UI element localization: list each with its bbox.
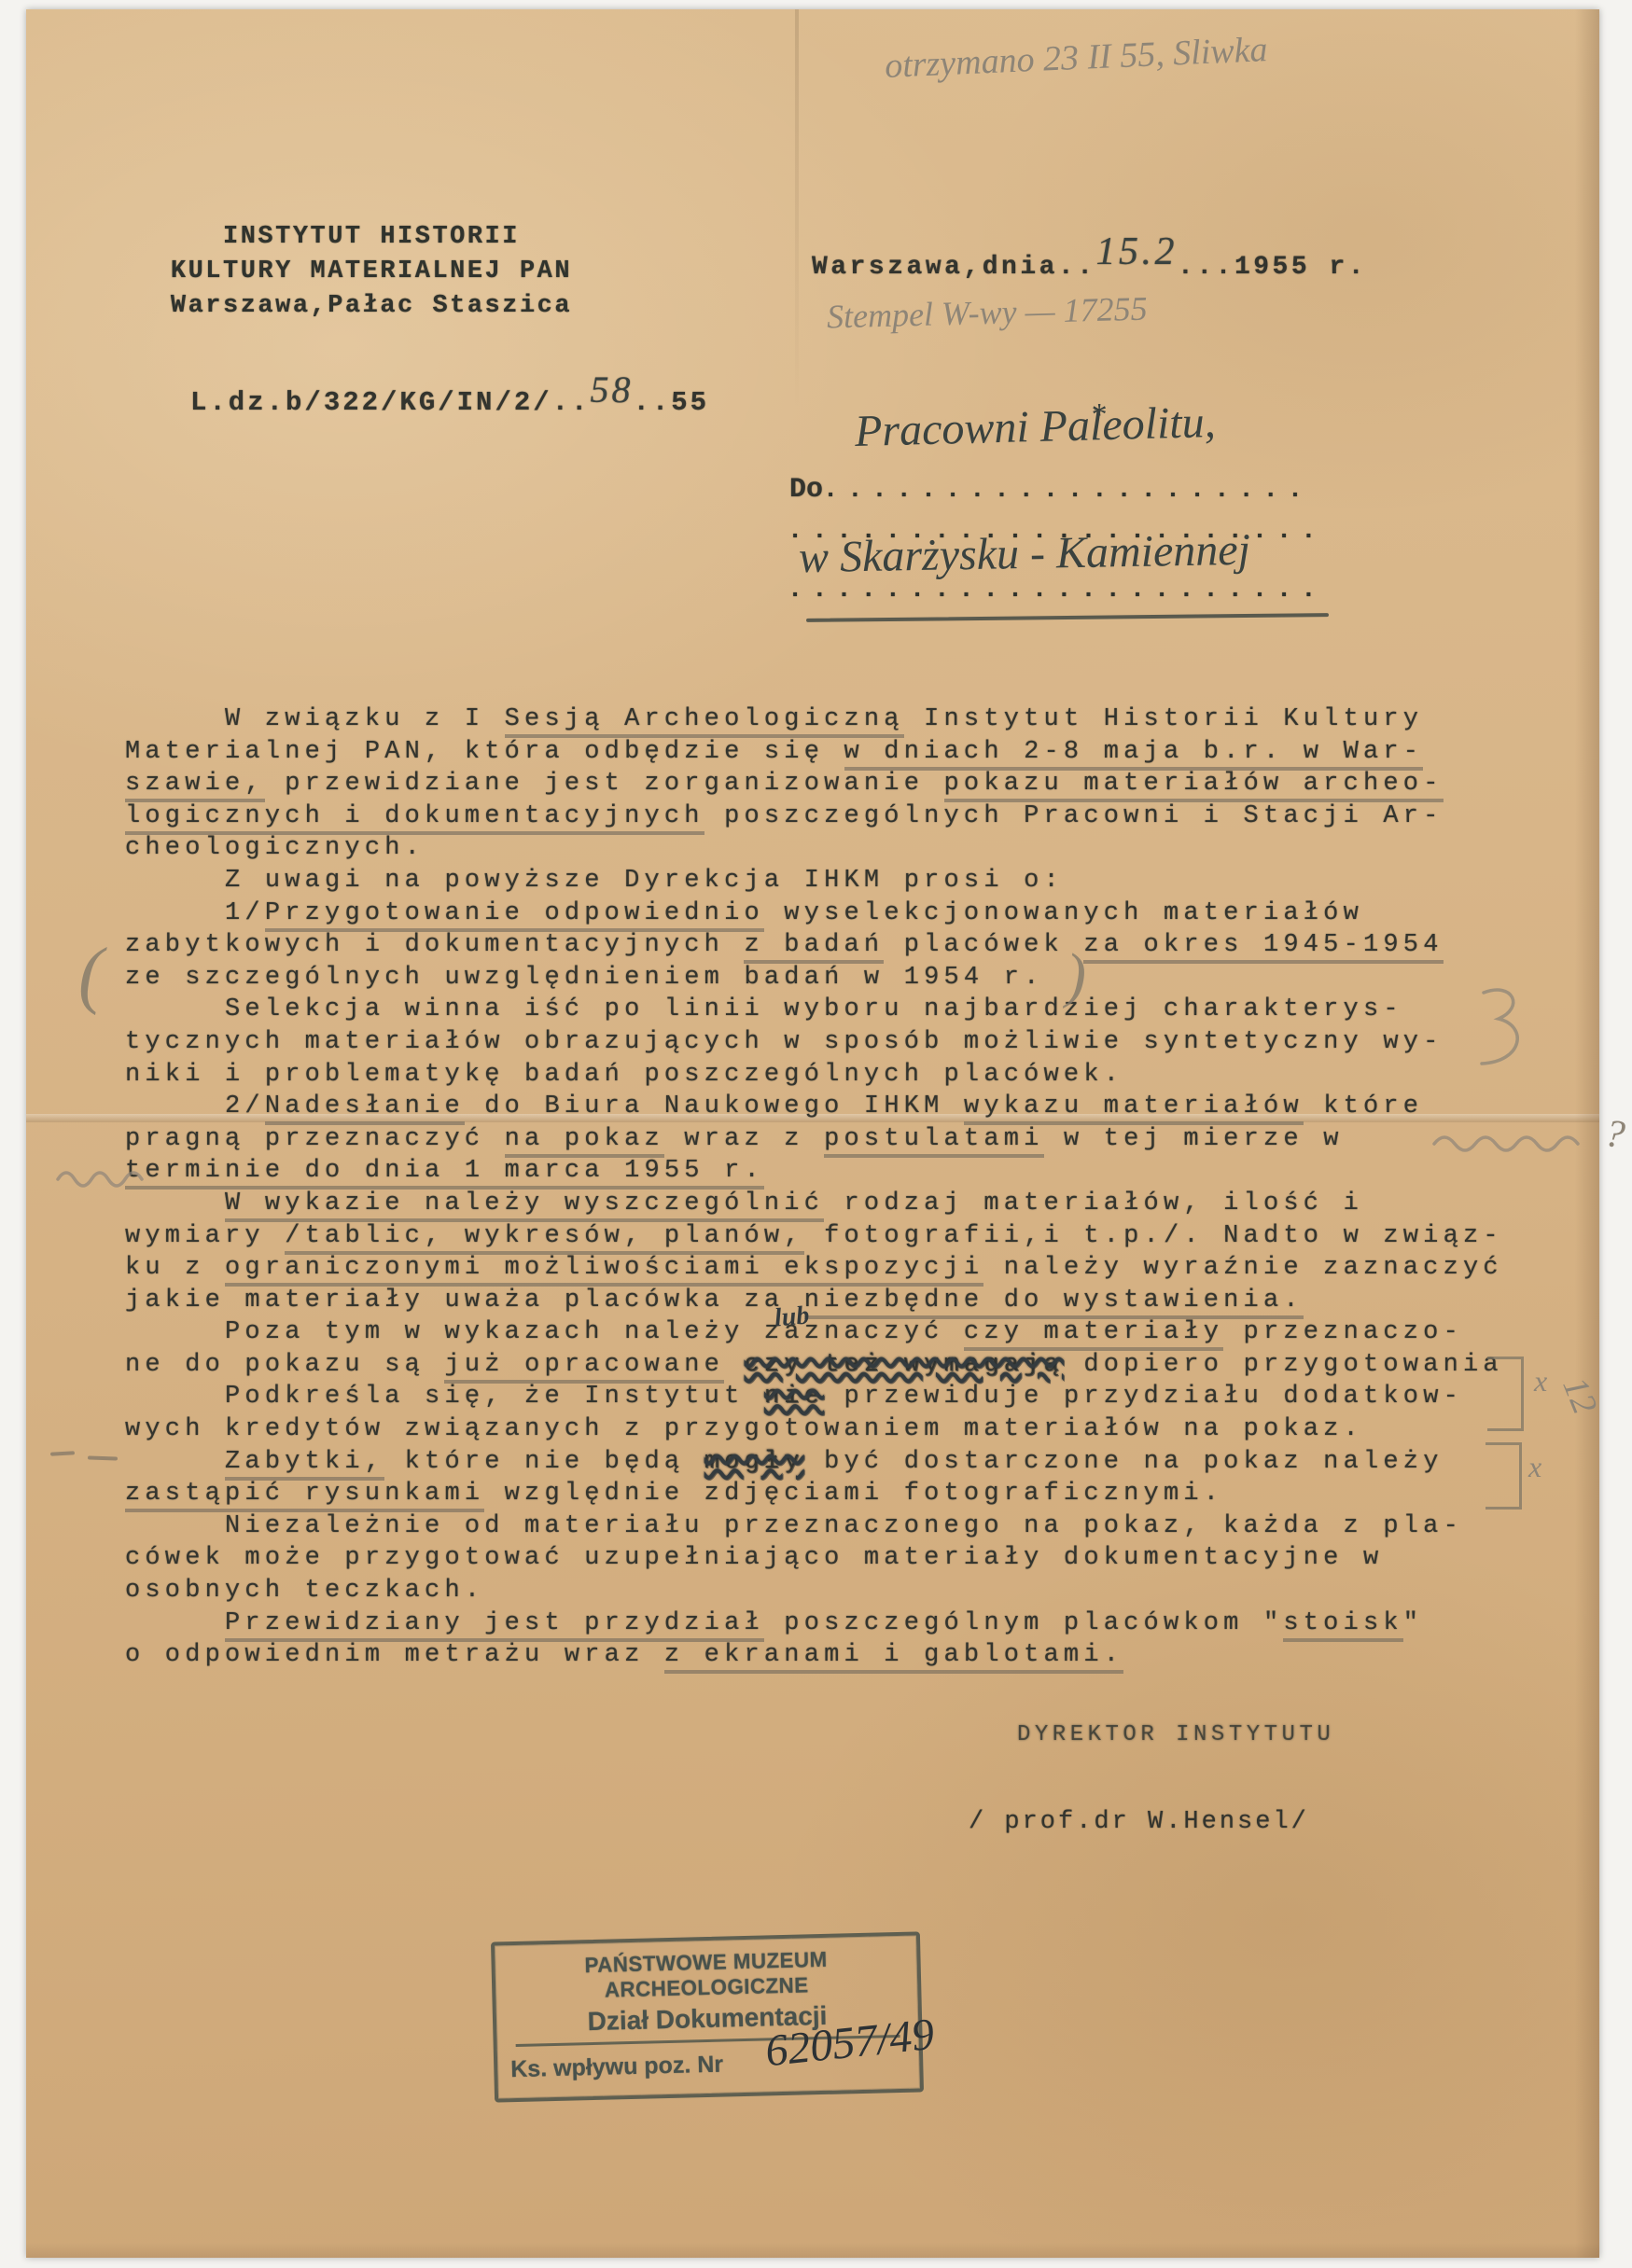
body-line: Materialnej PAN, która odbędzie się w dn… (125, 736, 1567, 769)
text-segment (125, 1448, 225, 1476)
text-segment: nie (764, 1383, 824, 1411)
letterhead-line2: KULTURY MATERIALNEJ PAN (147, 255, 595, 289)
text-segment: do Biura Naukowego IHKM (465, 1092, 964, 1120)
text-segment: w dniach 2-8 maja b.r. w War- (844, 738, 1424, 771)
handwritten-recipient-line1: Pracowni Paleolitu, (854, 397, 1216, 457)
letterhead-line1: INSTYTUT HISTORII (147, 220, 595, 255)
text-segment: wymiary (125, 1222, 285, 1250)
text-segment: przewiduje przydziału dodatkow- (824, 1383, 1463, 1411)
text-segment: ze szczególnych uwzględnieniem badań w 1… (125, 964, 1044, 992)
text-segment: z ekranami i gablotami. (664, 1641, 1123, 1674)
body-line: niki i problematykę badań poszczególnych… (125, 1059, 1567, 1092)
text-segment: już opracowane (444, 1351, 724, 1384)
body-line: zabytkowych i dokumentacyjnych z badań p… (125, 929, 1567, 962)
body-line: jakie materiały uważa placówka za niezbę… (125, 1285, 1567, 1317)
date-prefix: Warszawa,dnia.. (812, 253, 1096, 282)
text-segment: Przewidziany jest przydział (225, 1609, 764, 1642)
text-segment: cheologicznych. (125, 834, 425, 862)
signature-line: / prof.dr W.Hensel/ (969, 1808, 1309, 1836)
document-page: otrzymano 23 II 55, Sliwka INSTYTUT HIST… (26, 9, 1599, 2258)
text-segment: jakie materiały uważa placówka za (125, 1287, 804, 1315)
text-segment: ne do pokazu są (125, 1351, 444, 1379)
body-line: Przewidziany jest przydział poszczególny… (125, 1607, 1567, 1640)
body-line: Podkreśla się, że Instytut nie przewiduj… (125, 1381, 1567, 1413)
dotted-leader-3: ...................... (788, 577, 1325, 605)
recipient-label-row: Do.................... (789, 474, 1312, 506)
date-line: Warszawa,dnia..15.2...1955 r. (812, 239, 1367, 284)
text-segment: przeznaczo- (1223, 1318, 1463, 1346)
body-text: W związku z I Sesją Archeologiczną Insty… (125, 703, 1567, 1672)
text-segment: Podkreśla się, że Instytut (125, 1383, 764, 1411)
body-line: Niezależnie od materiału przeznaczonego … (125, 1510, 1567, 1543)
ink-correction-word: lub (774, 1301, 811, 1333)
text-segment: Instytut Historii Kultury (904, 705, 1423, 733)
body-line: ku z ograniczonymi możliwościami ekspozy… (125, 1252, 1567, 1285)
pencil-dash-1 (50, 1451, 75, 1455)
bottom-edge-shading (26, 2243, 1599, 2258)
text-segment: logicznych i dokumentacyjnych (125, 802, 704, 835)
body-line: wymiary /tablic, wykresów, planów, fotog… (125, 1220, 1567, 1253)
text-segment: czy też wymagają (745, 1351, 1064, 1379)
text-segment: przewidziane jest zorganizowanie (265, 770, 944, 798)
stamp-line1: PAŃSTWOWE MUZEUM ARCHEOLOGICZNE (507, 1945, 906, 2005)
body-line: W związku z I Sesją Archeologiczną Insty… (125, 703, 1567, 736)
body-line: o odpowiednim metrażu wraz z ekranami i … (125, 1639, 1567, 1672)
body-line: Poza tym w wykazach należy zaznaczyć czy… (125, 1316, 1567, 1349)
text-segment: niezbędne do wystawienia. (804, 1287, 1304, 1319)
text-segment: Selekcja winna iść po linii wyboru najba… (125, 995, 1403, 1023)
body-line: Z uwagi na powyższe Dyrekcja IHKM prosi … (125, 865, 1567, 897)
reference-prefix: L.dz.b/322/KG/IN/2/.. (190, 387, 590, 418)
pencil-stempel-note: Stempel W-wy — 17255 (827, 289, 1149, 337)
pencil-wavy-line-right (1430, 1129, 1598, 1155)
pencil-x-upper: x (1534, 1364, 1547, 1398)
body-line: cheologicznych. (125, 832, 1567, 865)
text-segment: Sesją Archeologiczną (505, 705, 904, 738)
text-segment: czy materiały (964, 1318, 1223, 1351)
reference-number: L.dz.b/322/KG/IN/2/..58..55 (190, 375, 709, 419)
pencil-bracket-lower (1486, 1442, 1522, 1510)
text-segment: Niezależnie od materiału przeznaczonego … (125, 1512, 1463, 1540)
text-segment: stoisk (1283, 1609, 1402, 1642)
text-segment: mogły (704, 1448, 804, 1476)
pencil-wavy-line-left (54, 1162, 157, 1190)
text-segment: poszczególnym placówkom " (764, 1609, 1283, 1637)
text-segment: pragną przeznaczyć (125, 1125, 505, 1153)
text-segment: fotografii,i t.p./. Nadto w związ- (804, 1222, 1503, 1250)
text-segment: Z uwagi na powyższe Dyrekcja IHKM prosi … (125, 867, 1064, 895)
text-segment: Nadesłanie (265, 1092, 465, 1125)
body-line: pragną przeznaczyć na pokaz wraz z postu… (125, 1123, 1567, 1156)
text-segment: na pokaz (505, 1125, 664, 1158)
scanner-background: { "letterhead": { "line1": "INSTYTUT HIS… (0, 0, 1632, 2268)
text-segment: należy wyraźnie zaznaczyć (983, 1254, 1502, 1282)
text-segment (125, 1190, 225, 1217)
reference-suffix: ..55 (633, 387, 709, 418)
body-line: logicznych i dokumentacyjnych poszczegól… (125, 800, 1567, 833)
text-segment: Poza tym w wykazach należy zaznaczyć (125, 1318, 964, 1346)
pencil-bracket-upper (1487, 1357, 1524, 1431)
body-line: wych kredytów związanych z przygotowanie… (125, 1413, 1567, 1446)
text-segment: 2/ (125, 1092, 265, 1120)
pencil-x-lower: x (1528, 1450, 1541, 1484)
text-segment: /tablic, wykresów, planów, (285, 1222, 803, 1255)
text-segment: wraz z (664, 1125, 824, 1153)
text-segment: być dostarczone na pokaz należy (804, 1448, 1444, 1476)
pencil-question-mark: ? (1602, 1111, 1627, 1158)
text-segment: W związku z I (125, 705, 505, 733)
recipient-label: Do (789, 474, 823, 506)
text-segment: tycznych materiałów obrazujących w sposó… (125, 1028, 1444, 1056)
text-segment: terminie do dnia 1 marca 1955 r. (125, 1157, 764, 1190)
body-line: osobnych teczkach. (125, 1575, 1567, 1607)
text-segment: wych kredytów związanych z przygotowanie… (125, 1415, 1363, 1443)
ink-underline (806, 613, 1329, 622)
body-line: cówek może przygotować uzupełniająco mat… (125, 1542, 1567, 1575)
text-segment: dopiero przygotowania (1064, 1351, 1503, 1379)
letterhead: INSTYTUT HISTORII KULTURY MATERIALNEJ PA… (147, 220, 595, 324)
text-segment: 1/ (125, 899, 265, 927)
closing-title: DYREKTOR INSTYTUTU (1017, 1722, 1334, 1747)
text-segment: postulatami (824, 1125, 1043, 1158)
pencil-received-note: otrzymano 23 II 55, Sliwka (884, 29, 1268, 87)
pencil-dash-2 (88, 1455, 118, 1460)
text-segment: " (1403, 1609, 1423, 1637)
text-segment: za okres 1945-1954 (1083, 931, 1443, 964)
text-segment: W wykazie należy wyszczególnić (225, 1190, 824, 1222)
body-line: W wykazie należy wyszczególnić rodzaj ma… (125, 1188, 1567, 1220)
text-segment: rodzaj materiałów, ilość i (824, 1190, 1363, 1217)
text-segment: ku z (125, 1254, 225, 1282)
body-line: ze szczególnych uwzględnieniem badań w 1… (125, 962, 1567, 995)
pencil-squiggle-right-margin (1471, 981, 1536, 1075)
text-segment: poszczególnych Pracowni i Stacji Ar- (704, 802, 1444, 830)
text-segment: które nie będą (384, 1448, 704, 1476)
text-segment: wyselekcjonowanych materiałów (764, 899, 1363, 927)
text-segment: które (1304, 1092, 1423, 1120)
dotted-leader-1: .................... (823, 477, 1312, 505)
text-segment: w tej mierze w (1044, 1125, 1344, 1153)
date-suffix: ...1955 r. (1178, 253, 1367, 282)
handwritten-date: 15.2 (1096, 230, 1179, 273)
text-segment: o odpowiednim metrażu wraz (125, 1641, 664, 1669)
body-line: szawie, przewidziane jest zorganizowanie… (125, 768, 1567, 800)
text-segment: Przygotowanie odpowiednio (265, 899, 764, 932)
body-line: Selekcja winna iść po linii wyboru najba… (125, 994, 1567, 1026)
text-segment: Materialnej PAN, która odbędzie się (125, 738, 844, 766)
text-segment: ograniczonymi możliwościami ekspozycji (225, 1254, 983, 1287)
text-segment: z badań (744, 931, 884, 964)
handwritten-reference-day: 58 (590, 369, 633, 410)
body-line: zastąpić rysunkami względnie zdjęciami f… (125, 1478, 1567, 1510)
text-segment (125, 1609, 225, 1637)
body-line: terminie do dnia 1 marca 1955 r. (125, 1155, 1567, 1188)
body-line: tycznych materiałów obrazujących w sposó… (125, 1026, 1567, 1059)
vertical-fold-crease (795, 9, 799, 410)
text-segment: cówek może przygotować uzupełniająco mat… (125, 1544, 1383, 1572)
body-line: 2/Nadesłanie do Biura Naukowego IHKM wyk… (125, 1091, 1567, 1123)
text-segment: zastąpić rysunkami (125, 1480, 484, 1512)
letterhead-line3: Warszawa,Pałac Staszica (147, 289, 595, 324)
text-segment: placówek (884, 931, 1083, 959)
handwritten-recipient-line2: w Skarżysku - Kamiennej (799, 524, 1251, 583)
text-segment: wykazu materiałów (964, 1092, 1304, 1125)
text-segment: osobnych teczkach. (125, 1577, 484, 1605)
text-segment: względnie zdjęciami fotograficznymi. (484, 1480, 1223, 1508)
pencil-paren-close: ) (1066, 940, 1086, 1011)
body-line: ne do pokazu są już opracowane czy też w… (125, 1349, 1567, 1382)
pencil-paren-open: ( (78, 933, 104, 1018)
body-line: 1/Przygotowanie odpowiednio wyselekcjono… (125, 897, 1567, 930)
text-segment (724, 1351, 744, 1379)
text-segment: pokazu materiałów archeo- (944, 770, 1444, 802)
text-segment: szawie, (125, 770, 265, 802)
text-segment: niki i problematykę badań poszczególnych… (125, 1061, 1123, 1089)
body-line: Zabytki, które nie będą mogły być dostar… (125, 1446, 1567, 1479)
text-segment: zabytkowych i dokumentacyjnych (125, 931, 744, 959)
text-segment: Zabytki, (225, 1448, 384, 1481)
